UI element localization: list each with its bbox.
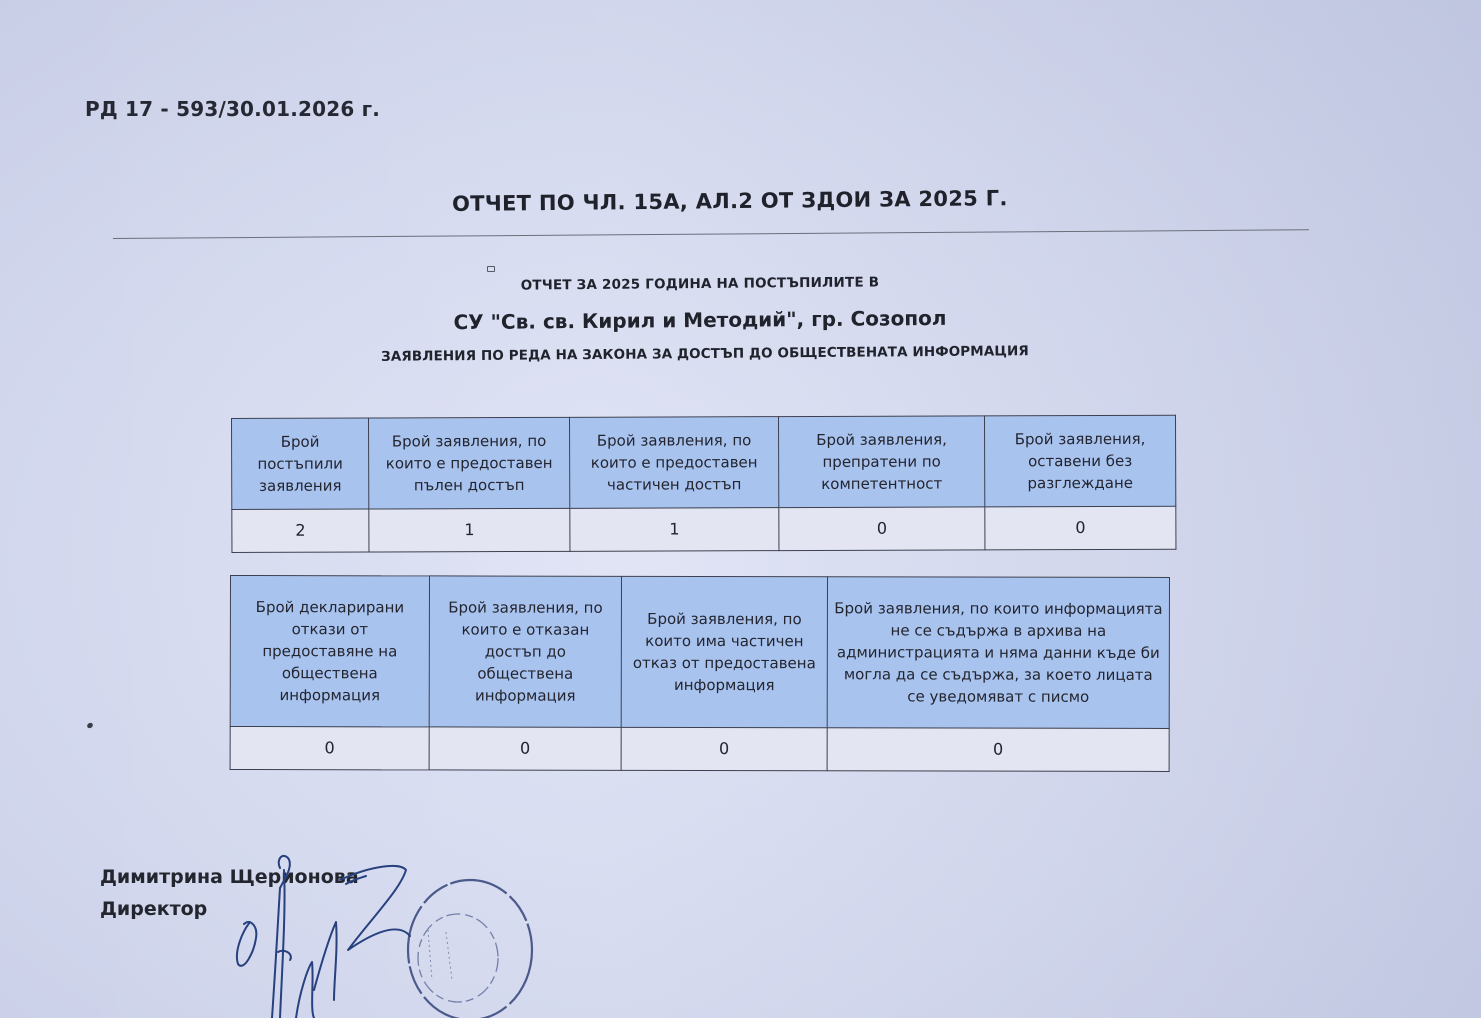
value-partial-refusal: 0 bbox=[621, 727, 827, 770]
table-row: 2 1 1 0 0 bbox=[232, 506, 1176, 552]
value-redirected: 0 bbox=[779, 507, 985, 551]
ink-speck bbox=[86, 722, 94, 730]
column-header-info-not-held: Брой заявления, по които информацията не… bbox=[827, 577, 1169, 729]
table-row: 0 0 0 0 bbox=[230, 727, 1169, 772]
signature-and-stamp bbox=[220, 840, 550, 1018]
column-header-partial-access: Брой заявления, по които е предоставен ч… bbox=[569, 417, 778, 509]
refusals-table: Брой декларирани откази от предоставяне … bbox=[230, 575, 1170, 772]
value-declared-refusals: 0 bbox=[230, 727, 429, 770]
column-header-partial-refusal: Брой заявления, по които има частичен от… bbox=[621, 576, 827, 727]
report-scope: ЗАЯВЛЕНИЯ ПО РЕДА НА ЗАКОНА ЗА ДОСТЪП ДО… bbox=[360, 343, 1050, 365]
value-full-access: 1 bbox=[369, 508, 570, 552]
print-artifact bbox=[487, 266, 495, 272]
title-divider bbox=[113, 229, 1309, 239]
column-header-declared-refusals: Брой декларирани откази от предоставяне … bbox=[230, 576, 429, 727]
requests-summary-table: Брой постъпили заявления Брой заявления,… bbox=[231, 415, 1176, 553]
table-header-row: Брой постъпили заявления Брой заявления,… bbox=[232, 415, 1176, 509]
value-info-not-held: 0 bbox=[827, 728, 1169, 772]
report-subtitle: ОТЧЕТ ЗА 2025 ГОДИНА НА ПОСТЪПИЛИТЕ В bbox=[500, 274, 900, 293]
table-header-row: Брой декларирани откази от предоставяне … bbox=[230, 576, 1169, 729]
signatory-position: Директор bbox=[100, 898, 207, 920]
column-header-redirected: Брой заявления, препратени по компетентн… bbox=[778, 416, 984, 508]
column-header-unprocessed: Брой заявления, оставени без разглеждане bbox=[984, 415, 1175, 507]
value-received: 2 bbox=[232, 509, 369, 552]
column-header-received: Брой постъпили заявления bbox=[232, 418, 369, 509]
institution-name: СУ "Св. св. Кирил и Методий", гр. Созопо… bbox=[420, 306, 980, 335]
reference-number: РД 17 - 593/30.01.2026 г. bbox=[85, 97, 380, 121]
column-header-full-access: Брой заявления, по които е предоставен п… bbox=[369, 417, 570, 509]
column-header-access-refused: Брой заявления, по които е отказан достъ… bbox=[429, 576, 621, 727]
signature-icon bbox=[237, 856, 410, 1018]
value-access-refused: 0 bbox=[429, 727, 621, 770]
value-unprocessed: 0 bbox=[985, 506, 1176, 550]
stamp-icon bbox=[408, 880, 532, 1018]
value-partial-access: 1 bbox=[570, 508, 779, 552]
document-title: ОТЧЕТ ПО ЧЛ. 15А, АЛ.2 ОТ ЗДОИ ЗА 2025 Г… bbox=[452, 186, 1008, 216]
